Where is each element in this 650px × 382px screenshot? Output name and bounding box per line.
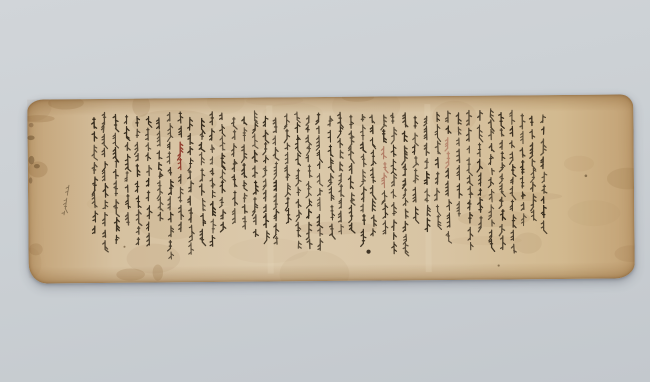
photo-backdrop xyxy=(0,0,650,382)
ink-dot xyxy=(366,250,370,254)
marginal-note xyxy=(62,185,72,215)
paper-speck xyxy=(123,246,125,248)
manuscript-leaf xyxy=(27,94,635,283)
paper-speck xyxy=(585,174,588,177)
script-columns-svg xyxy=(27,94,635,283)
paper-speck xyxy=(498,264,500,266)
